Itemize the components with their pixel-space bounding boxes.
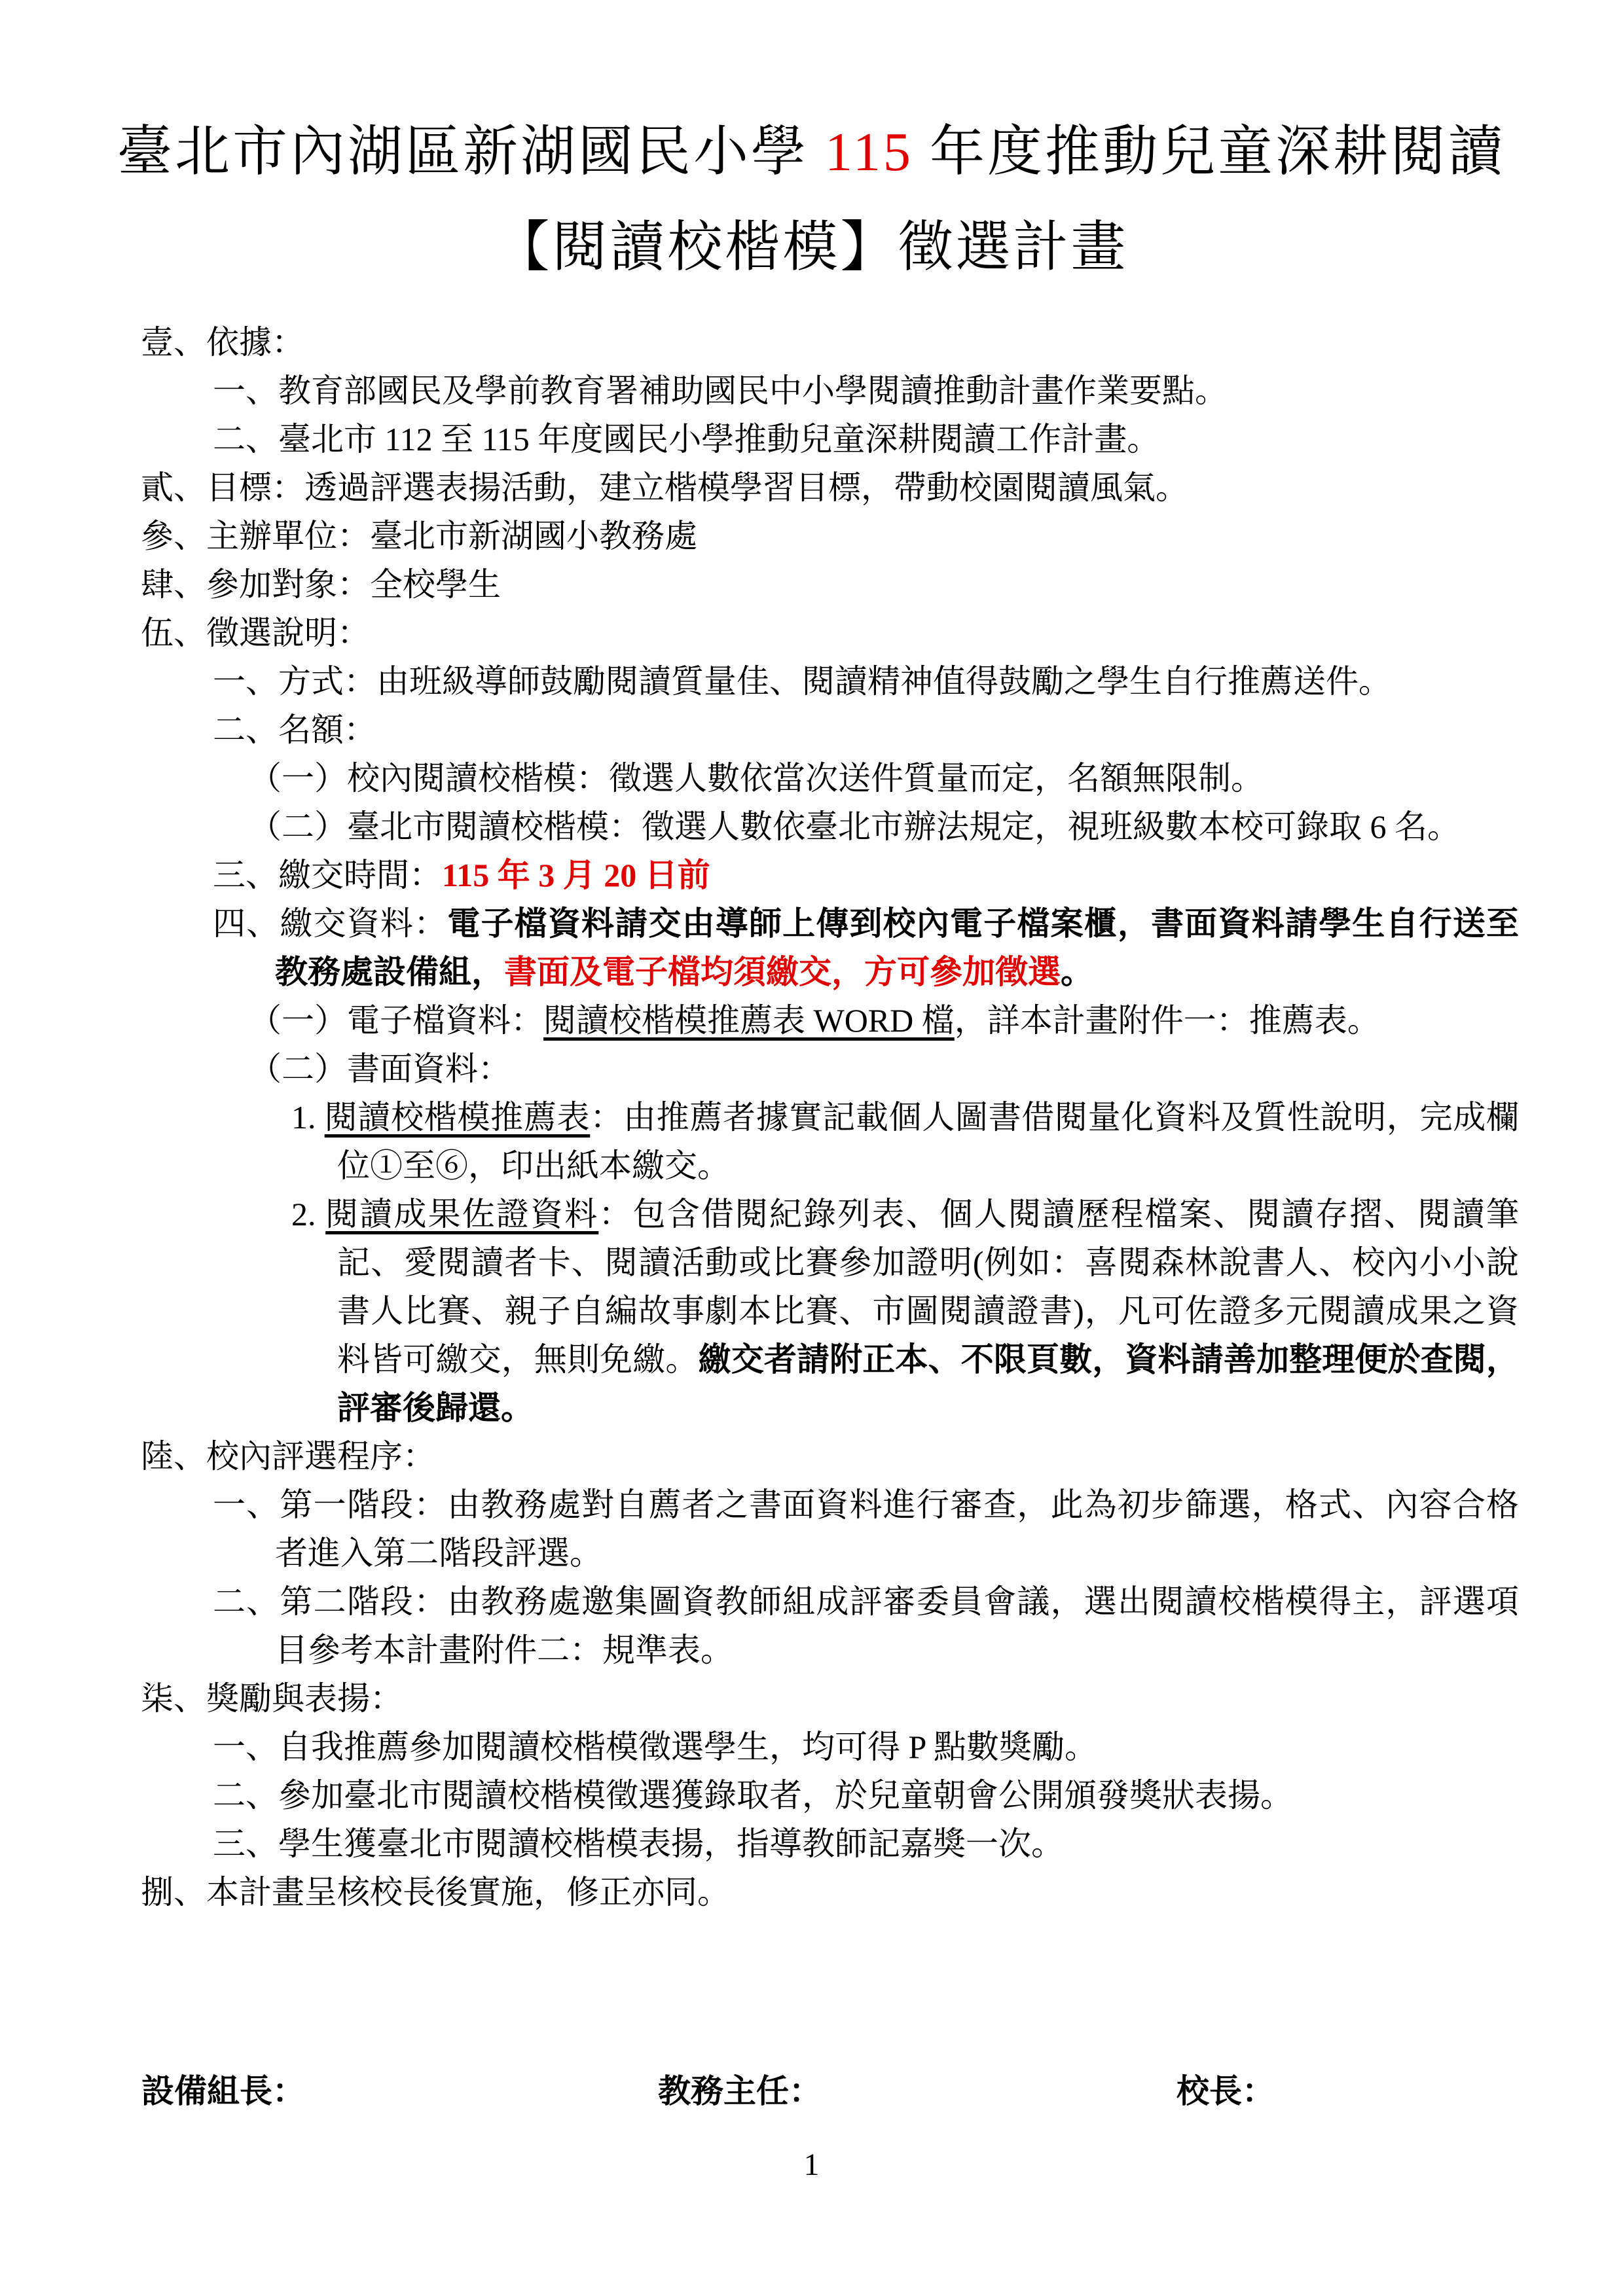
paragraph: （二）臺北市閱讀校楷模：徵選人數依臺北市辦法規定，視班級數本校可錄取 6 名。 bbox=[141, 802, 1519, 851]
document-title: 臺北市內湖區新湖國民小學 115 年度推動兒童深耕閱讀【閱讀校楷模】徵選計畫 bbox=[0, 105, 1623, 296]
paragraph: 2. 閱讀成果佐證資料：包含借閱紀錄列表、個人閱讀歷程檔案、閱讀存摺、閱讀筆記、… bbox=[141, 1190, 1519, 1432]
paragraph: （一）電子檔資料：閱讀校楷模推薦表 WORD 檔，詳本計畫附件一：推薦表。 bbox=[141, 996, 1519, 1045]
text-run: 一、教育部國民及學前教育署補助國民中小學閱讀推動計畫作業要點。 bbox=[213, 372, 1228, 409]
text-run: 壹、依據： bbox=[141, 324, 304, 361]
text-run: ，詳本計畫附件一：推薦表。 bbox=[955, 1002, 1380, 1039]
text-run: 115 bbox=[825, 122, 913, 183]
signature-label: 設備組長： bbox=[141, 2068, 305, 2114]
text-run: 二、臺北市 112 至 115 年度國民小學推動兒童深耕閱讀工作計畫。 bbox=[213, 421, 1159, 457]
paragraph: （一）校內閱讀校楷模：徵選人數依當次送件質量而定，名額無限制。 bbox=[141, 754, 1519, 802]
text-run: 1. bbox=[291, 1099, 325, 1136]
text-run: 陸、校內評選程序： bbox=[141, 1438, 435, 1475]
text-run: 三、繳交時間： bbox=[213, 857, 442, 893]
paragraph: 四、繳交資料：電子檔資料請交由導師上傳到校內電子檔案櫃，書面資料請學生自行送至教… bbox=[141, 899, 1519, 996]
title-line: 臺北市內湖區新湖國民小學 115 年度推動兒童深耕閱讀 bbox=[0, 105, 1623, 200]
text-run: 肆、參加對象：全校學生 bbox=[141, 566, 501, 603]
paragraph: 二、參加臺北市閱讀校楷模徵選獲錄取者，於兒童朝會公開頒發獎狀表揚。 bbox=[141, 1771, 1519, 1820]
paragraph: 貳、目標：透過評選表揚活動，建立楷模學習目標，帶動校園閱讀風氣。 bbox=[141, 463, 1519, 512]
text-run: 四、繳交資料： bbox=[213, 905, 447, 942]
paragraph: 伍、徵選說明： bbox=[141, 609, 1519, 657]
text-run: 。 bbox=[1061, 954, 1093, 990]
document-body: 壹、依據：一、教育部國民及學前教育署補助國民中小學閱讀推動計畫作業要點。二、臺北… bbox=[141, 318, 1519, 1916]
text-run: 參、主辦單位：臺北市新湖國小教務處 bbox=[141, 518, 697, 554]
paragraph: 一、方式：由班級導師鼓勵閱讀質量佳、閱讀精神值得鼓勵之學生自行推薦送件。 bbox=[141, 657, 1519, 706]
text-run: 二、參加臺北市閱讀校楷模徵選獲錄取者，於兒童朝會公開頒發獎狀表揚。 bbox=[213, 1777, 1293, 1814]
text-run: 三、學生獲臺北市閱讀校楷模表揚，指導教師記嘉獎一次。 bbox=[213, 1825, 1064, 1862]
text-run: 年度推動兒童深耕閱讀 bbox=[913, 122, 1506, 183]
paragraph: 捌、本計畫呈核校長後實施，修正亦同。 bbox=[141, 1868, 1519, 1916]
text-run: 一、方式：由班級導師鼓勵閱讀質量佳、閱讀精神值得鼓勵之學生自行推薦送件。 bbox=[213, 663, 1391, 700]
paragraph: 二、臺北市 112 至 115 年度國民小學推動兒童深耕閱讀工作計畫。 bbox=[141, 415, 1519, 463]
paragraph: 三、繳交時間：115 年 3 月 20 日前 bbox=[141, 851, 1519, 899]
paragraph: 二、第二階段：由教務處邀集圖資教師組成評審委員會議，選出閱讀校楷模得主，評選項目… bbox=[141, 1577, 1519, 1674]
text-run: 一、自我推薦參加閱讀校楷模徵選學生，均可得 P 點數獎勵。 bbox=[213, 1729, 1097, 1765]
paragraph: （二）書面資料： bbox=[141, 1045, 1519, 1093]
text-run: 閱讀校楷模推薦表 WORD 檔 bbox=[543, 1002, 955, 1039]
document-page: 臺北市內湖區新湖國民小學 115 年度推動兒童深耕閱讀【閱讀校楷模】徵選計畫 壹… bbox=[0, 0, 1623, 2296]
text-run: 2. bbox=[291, 1196, 325, 1232]
signature-label: 教務主任： bbox=[658, 2068, 822, 2114]
signature-label: 校長： bbox=[1176, 2068, 1275, 2114]
text-run: （一）校內閱讀校楷模：徵選人數依當次送件質量而定，名額無限制。 bbox=[249, 760, 1264, 797]
text-run: 伍、徵選說明： bbox=[141, 615, 370, 651]
paragraph: 二、名額： bbox=[141, 706, 1519, 754]
paragraph: 陸、校內評選程序： bbox=[141, 1432, 1519, 1480]
text-run: 二、名額： bbox=[213, 711, 376, 748]
page-number: 1 bbox=[0, 2147, 1623, 2183]
text-run: 一、第一階段：由教務處對自薦者之書面資料進行審查，此為初步篩選，格式、內容合格者… bbox=[213, 1486, 1519, 1571]
text-run: 閱讀成果佐證資料 bbox=[325, 1196, 598, 1232]
text-run: 捌、本計畫呈核校長後實施，修正亦同。 bbox=[141, 1874, 730, 1910]
text-run: 臺北市內湖區新湖國民小學 bbox=[117, 122, 825, 183]
paragraph: 一、教育部國民及學前教育署補助國民中小學閱讀推動計畫作業要點。 bbox=[141, 367, 1519, 415]
paragraph: 1. 閱讀校楷模推薦表：由推薦者據實記載個人圖書借閱量化資料及質性說明，完成欄位… bbox=[141, 1093, 1519, 1190]
text-run: （一）電子檔資料： bbox=[249, 1002, 543, 1039]
text-run: 二、第二階段：由教務處邀集圖資教師組成評審委員會議，選出閱讀校楷模得主，評選項目… bbox=[213, 1583, 1519, 1668]
paragraph: 三、學生獲臺北市閱讀校楷模表揚，指導教師記嘉獎一次。 bbox=[141, 1820, 1519, 1868]
paragraph: 肆、參加對象：全校學生 bbox=[141, 560, 1519, 609]
paragraph: 壹、依據： bbox=[141, 318, 1519, 367]
paragraph: 一、第一階段：由教務處對自薦者之書面資料進行審查，此為初步篩選，格式、內容合格者… bbox=[141, 1480, 1519, 1577]
paragraph: 一、自我推薦參加閱讀校楷模徵選學生，均可得 P 點數獎勵。 bbox=[141, 1723, 1519, 1771]
text-run: 書面及電子檔均須繳交，方可參加徵選 bbox=[504, 954, 1061, 990]
title-line: 【閱讀校楷模】徵選計畫 bbox=[0, 200, 1623, 296]
text-run: （二）臺北市閱讀校楷模：徵選人數依臺北市辦法規定，視班級數本校可錄取 6 名。 bbox=[249, 808, 1460, 845]
text-run: （二）書面資料： bbox=[249, 1050, 511, 1087]
text-run: 貳、目標：透過評選表揚活動，建立楷模學習目標，帶動校園閱讀風氣。 bbox=[141, 469, 1188, 506]
paragraph: 柒、獎勵與表揚： bbox=[141, 1674, 1519, 1723]
text-run: 柒、獎勵與表揚： bbox=[141, 1680, 403, 1717]
paragraph: 參、主辦單位：臺北市新湖國小教務處 bbox=[141, 512, 1519, 560]
text-run: 閱讀校楷模推薦表 bbox=[325, 1099, 591, 1136]
text-run: 115 年 3 月 20 日前 bbox=[442, 857, 710, 893]
text-run: 【閱讀校楷模】徵選計畫 bbox=[494, 217, 1128, 278]
